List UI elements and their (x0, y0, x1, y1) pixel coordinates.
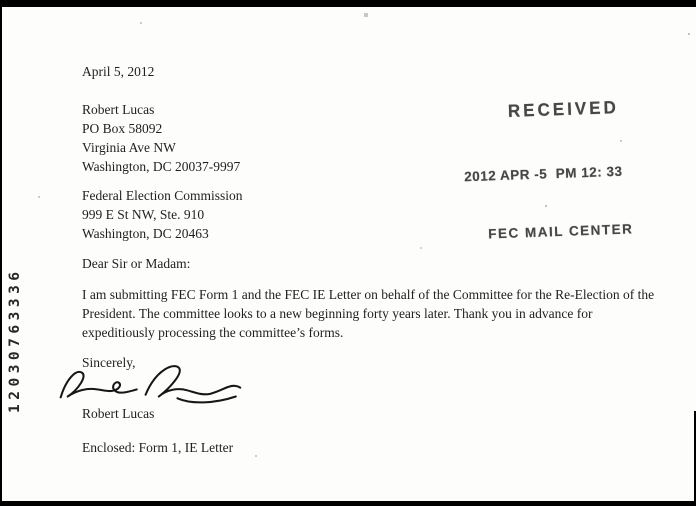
scan-noise-specks (0, 0, 2, 2)
sender-line: Robert Lucas (82, 100, 240, 119)
received-stamp: RECEIVED 2012 APR -5 PM 12: 33 FEC MAIL … (454, 61, 661, 279)
sender-line: PO Box 58092 (82, 119, 240, 138)
handwritten-signature (56, 362, 244, 408)
letter-date: April 5, 2012 (82, 62, 154, 81)
recipient-address-block: Federal Election Commission 999 E St NW,… (82, 186, 242, 243)
scanned-letter-page: 12030763336 RECEIVED 2012 APR -5 PM 12: … (0, 0, 696, 506)
body-line: I am submitting FEC Form 1 and the FEC I… (82, 285, 654, 304)
salutation: Dear Sir or Madam: (82, 254, 190, 273)
scan-edge-bottom-bar (0, 501, 696, 506)
body-line: expeditiously processing the committee’s… (82, 323, 654, 342)
signature-strokes (56, 362, 244, 408)
recipient-line: 999 E St NW, Ste. 910 (82, 205, 242, 224)
typed-signer-name: Robert Lucas (82, 404, 154, 423)
scan-edge-left-line (0, 0, 2, 506)
body-line: President. The committee looks to a new … (82, 304, 654, 323)
fec-image-number-vertical: 12030763336 (7, 267, 23, 413)
stamp-datetime-text: 2012 APR -5 PM 12: 33 (464, 163, 658, 185)
sender-line: Virginia Ave NW (82, 138, 240, 157)
sender-line: Washington, DC 20037-9997 (82, 157, 240, 176)
scan-edge-top-bar (0, 0, 696, 7)
recipient-line: Federal Election Commission (82, 186, 242, 205)
stamp-received-text: RECEIVED (508, 96, 657, 122)
letter-body: I am submitting FEC Form 1 and the FEC I… (82, 285, 654, 342)
stamp-mail-center-text: FEC MAIL CENTER (488, 220, 660, 241)
sender-address-block: Robert Lucas PO Box 58092 Virginia Ave N… (82, 100, 240, 176)
recipient-line: Washington, DC 20463 (82, 224, 242, 243)
enclosure-line: Enclosed: Form 1, IE Letter (82, 438, 233, 457)
